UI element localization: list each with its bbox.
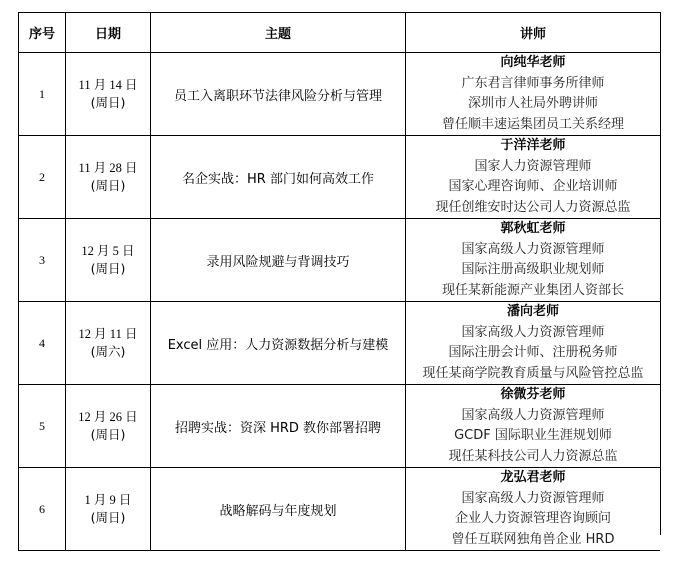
- lecturer-credential: 企业人力资源管理咨询顾问: [406, 509, 660, 530]
- lecturer-credential: 曾任顺丰速运集团员工关系经理: [406, 115, 660, 136]
- lecturer-credential: 深圳市人社局外聘讲师: [406, 94, 660, 115]
- table-row: 5 12 月 26 日 (周日) 招聘实战：资深 HRD 教你部署招聘 徐微芬老…: [19, 385, 661, 468]
- table-row: 6 1 月 9 日 (周日) 战略解码与年度规划 龙弘君老师 国家高级人力资源管…: [19, 468, 661, 551]
- lecturer-name: 于洋洋老师: [406, 136, 660, 157]
- lecturer-credential: 国家心理咨询师、企业培训师: [406, 177, 660, 198]
- date-cell: 12 月 5 日 (周日): [66, 219, 151, 302]
- lecturer-credential: 国家高级人力资源管理师: [406, 489, 660, 510]
- row-number: 2: [19, 136, 66, 219]
- lecturer-credential: 曾任互联网独角兽企业 HRD: [406, 530, 660, 551]
- date-cell: 11 月 14 日 (周日): [66, 53, 151, 136]
- date: 11 月 14 日: [66, 76, 150, 94]
- lecturer-credential: 国家人力资源管理师: [406, 157, 660, 178]
- lecturer-cell: 龙弘君老师 国家高级人力资源管理师 企业人力资源管理咨询顾问 曾任互联网独角兽企…: [406, 468, 661, 551]
- date: 1 月 9 日: [66, 491, 150, 509]
- lecturer-credential: 国家高级人力资源管理师: [406, 240, 660, 261]
- table-row: 2 11 月 28 日 (周日) 名企实战：HR 部门如何高效工作 于洋洋老师 …: [19, 136, 661, 219]
- date-cell: 12 月 11 日 (周六): [66, 302, 151, 385]
- date-cell: 1 月 9 日 (周日): [66, 468, 151, 551]
- weekday: (周日): [66, 177, 150, 195]
- lecturer-name: 徐微芬老师: [406, 385, 660, 406]
- lecturer-name: 龙弘君老师: [406, 468, 660, 489]
- header-row: 序号 日期 主题 讲师: [19, 13, 661, 53]
- date: 12 月 11 日: [66, 325, 150, 343]
- watermark-cover: [660, 535, 681, 567]
- date: 12 月 26 日: [66, 408, 150, 426]
- topic-cell: 录用风险规避与背调技巧: [151, 219, 406, 302]
- topic-cell: 名企实战：HR 部门如何高效工作: [151, 136, 406, 219]
- header-date: 日期: [66, 13, 151, 53]
- weekday: (周六): [66, 343, 150, 361]
- date-cell: 11 月 28 日 (周日): [66, 136, 151, 219]
- lecturer-credential: 国家高级人力资源管理师: [406, 323, 660, 344]
- table-row: 1 11 月 14 日 (周日) 员工入离职环节法律风险分析与管理 向纯华老师 …: [19, 53, 661, 136]
- row-number: 3: [19, 219, 66, 302]
- lecturer-credential: 现任某新能源产业集团人资部长: [406, 281, 660, 302]
- lecturer-credential: 现任创维安时达公司人力资源总监: [406, 198, 660, 219]
- lecturer-cell: 徐微芬老师 国家高级人力资源管理师 GCDF 国际职业生涯规划师 现任某科技公司…: [406, 385, 661, 468]
- schedule-table: 序号 日期 主题 讲师 1 11 月 14 日 (周日) 员工入离职环节法律风险…: [18, 12, 661, 551]
- header-topic: 主题: [151, 13, 406, 53]
- lecturer-name: 向纯华老师: [406, 53, 660, 74]
- row-number: 5: [19, 385, 66, 468]
- topic-cell: 招聘实战：资深 HRD 教你部署招聘: [151, 385, 406, 468]
- lecturer-cell: 于洋洋老师 国家人力资源管理师 国家心理咨询师、企业培训师 现任创维安时达公司人…: [406, 136, 661, 219]
- row-number: 6: [19, 468, 66, 551]
- topic-cell: Excel 应用：人力资源数据分析与建模: [151, 302, 406, 385]
- weekday: (周日): [66, 260, 150, 278]
- table-row: 3 12 月 5 日 (周日) 录用风险规避与背调技巧 郭秋虹老师 国家高级人力…: [19, 219, 661, 302]
- lecturer-name: 潘向老师: [406, 302, 660, 323]
- lecturer-cell: 向纯华老师 广东君言律师事务所律师 深圳市人社局外聘讲师 曾任顺丰速运集团员工关…: [406, 53, 661, 136]
- topic-cell: 员工入离职环节法律风险分析与管理: [151, 53, 406, 136]
- lecturer-credential: 现任某商学院教育质量与风险管控总监: [406, 364, 660, 385]
- date: 12 月 5 日: [66, 242, 150, 260]
- lecturer-credential: GCDF 国际职业生涯规划师: [406, 426, 660, 447]
- lecturer-credential: 国际注册高级职业规划师: [406, 260, 660, 281]
- lecturer-cell: 潘向老师 国家高级人力资源管理师 国际注册会计师、注册税务师 现任某商学院教育质…: [406, 302, 661, 385]
- weekday: (周日): [66, 509, 150, 527]
- date-cell: 12 月 26 日 (周日): [66, 385, 151, 468]
- lecturer-cell: 郭秋虹老师 国家高级人力资源管理师 国际注册高级职业规划师 现任某新能源产业集团…: [406, 219, 661, 302]
- lecturer-credential: 国际注册会计师、注册税务师: [406, 343, 660, 364]
- weekday: (周日): [66, 426, 150, 444]
- lecturer-name: 郭秋虹老师: [406, 219, 660, 240]
- header-lecturer: 讲师: [406, 13, 661, 53]
- topic-cell: 战略解码与年度规划: [151, 468, 406, 551]
- lecturer-credential: 广东君言律师事务所律师: [406, 74, 660, 95]
- table-row: 4 12 月 11 日 (周六) Excel 应用：人力资源数据分析与建模 潘向…: [19, 302, 661, 385]
- row-number: 4: [19, 302, 66, 385]
- weekday: (周日): [66, 94, 150, 112]
- lecturer-credential: 国家高级人力资源管理师: [406, 406, 660, 427]
- header-no: 序号: [19, 13, 66, 53]
- date: 11 月 28 日: [66, 159, 150, 177]
- row-number: 1: [19, 53, 66, 136]
- lecturer-credential: 现任某科技公司人力资源总监: [406, 447, 660, 468]
